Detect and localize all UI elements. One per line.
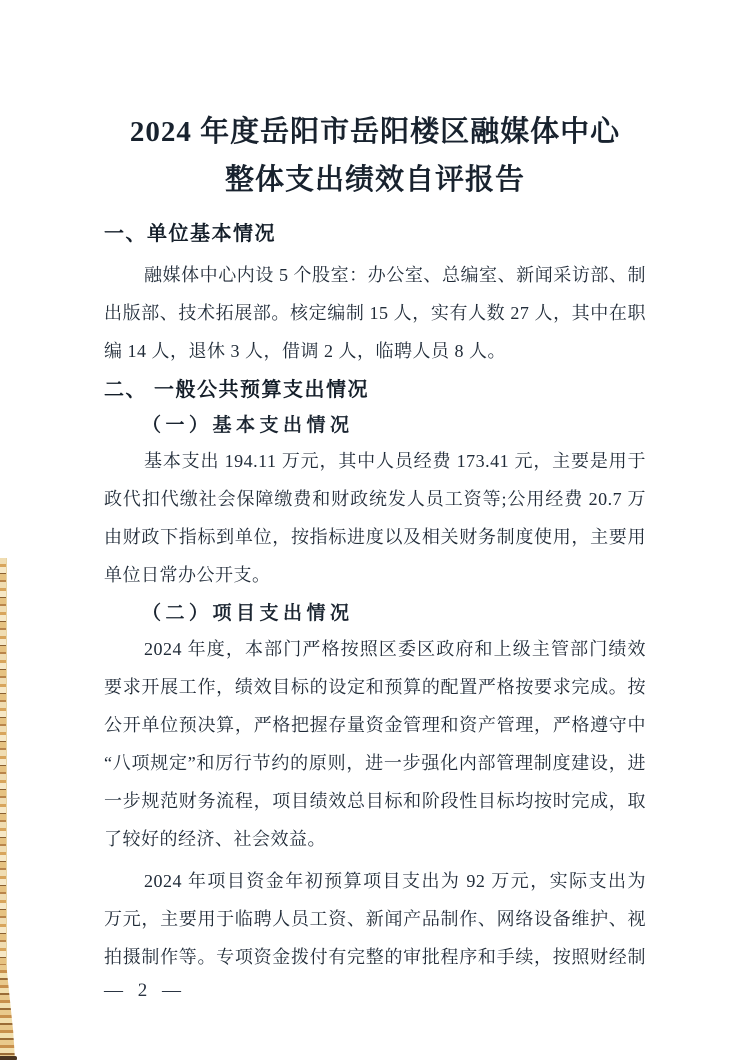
report-title-line-2: 整体支出绩效自评报告 <box>104 156 646 204</box>
section-heading-budget-expenditure: 二、 一般公共预算支出情况 <box>104 376 646 404</box>
subsection-heading-project-expenditure: （二）项目支出情况 <box>104 598 646 630</box>
text-line: 政代扣代缴社会保障缴费和财政统发人员工资等;公用经费 20.7 万元， <box>104 480 646 518</box>
paragraph-project-performance: 2024 年度，本部门严格按照区委区政府和上级主管部门绩效考核 要求开展工作，绩… <box>104 630 646 858</box>
text-line: 编 14 人，退休 3 人，借调 2 人，临聘人员 8 人。 <box>104 332 646 370</box>
report-title-line-1: 2024 年度岳阳市岳阳楼区融媒体中心 <box>104 108 646 156</box>
text-line: 基本支出 194.11 万元，其中人员经费 173.41 元，主要是用于财 <box>104 442 646 480</box>
document-body: 2024 年度岳阳市岳阳楼区融媒体中心 整体支出绩效自评报告 一、单位基本情况 … <box>104 108 646 976</box>
section-heading-unit-overview: 一、单位基本情况 <box>104 220 646 248</box>
paragraph-basic-expenditure: 基本支出 194.11 万元，其中人员经费 173.41 元，主要是用于财 政代… <box>104 442 646 594</box>
subsection-heading-basic-expenditure: （一）基本支出情况 <box>104 410 646 442</box>
text-line: 2024 年项目资金年初预算项目支出为 92 万元，实际支出为 247.6 <box>104 862 646 900</box>
page-number: — 2 — <box>104 980 186 1002</box>
text-line: “八项规定”和厉行节约的原则，进一步强化内部管理制度建设，进 <box>104 744 646 782</box>
text-line: 一步规范财务流程，项目绩效总目标和阶段性目标均按时完成，取得 <box>104 782 646 820</box>
text-line: 单位日常办公开支。 <box>104 556 646 594</box>
paragraph-project-funds: 2024 年项目资金年初预算项目支出为 92 万元，实际支出为 247.6 万元… <box>104 862 646 976</box>
text-line: 2024 年度，本部门严格按照区委区政府和上级主管部门绩效考核 <box>104 630 646 668</box>
text-line: 由财政下指标到单位，按指标进度以及相关财务制度使用，主要用于 <box>104 518 646 556</box>
text-line: 公开单位预决算，严格把握存量资金管理和资产管理，严格遵守中央 <box>104 706 646 744</box>
scanned-report-page: 2024 年度岳阳市岳阳楼区融媒体中心 整体支出绩效自评报告 一、单位基本情况 … <box>0 0 750 1060</box>
paragraph-unit-overview: 融媒体中心内设 5 个股室：办公室、总编室、新闻采访部、制作 出版部、技术拓展部… <box>104 256 646 370</box>
book-edge-corner <box>0 965 15 1060</box>
text-line: 了较好的经济、社会效益。 <box>104 820 646 858</box>
text-line: 融媒体中心内设 5 个股室：办公室、总编室、新闻采访部、制作 <box>104 256 646 294</box>
text-line: 出版部、技术拓展部。核定编制 15 人，实有人数 27 人，其中在职在 <box>104 294 646 332</box>
text-line: 拍摄制作等。专项资金拨付有完整的审批程序和手续，按照财经制度 <box>104 938 646 976</box>
text-line: 万元，主要用于临聘人员工资、新闻产品制作、网络设备维护、视频 <box>104 900 646 938</box>
book-edge-foot <box>0 1056 17 1060</box>
text-line: 要求开展工作，绩效目标的设定和预算的配置严格按要求完成。按时 <box>104 668 646 706</box>
